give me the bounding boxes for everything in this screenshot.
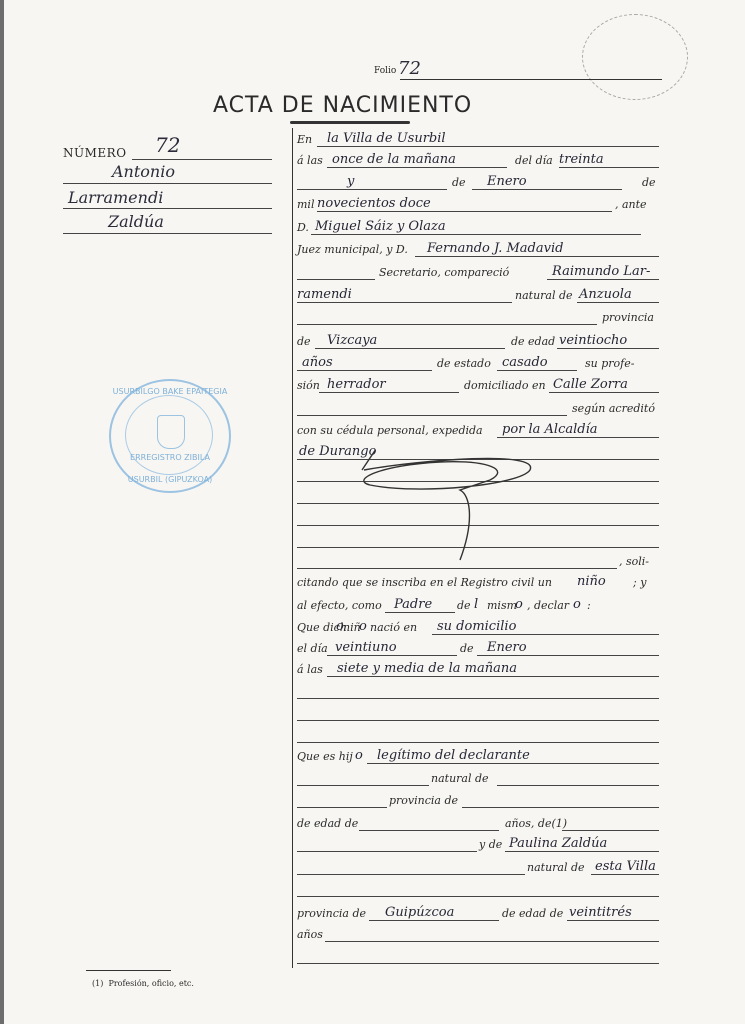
fill-line (315, 348, 505, 349)
fill-line (591, 874, 659, 875)
fill-line (359, 830, 499, 831)
handwritten-entry: herrador (327, 377, 386, 392)
fill-line (505, 851, 659, 852)
municipal-stamp: USURBILGO BAKE EPAITEGIA ERREGISTRO ZIBI… (109, 379, 231, 493)
fill-line (369, 920, 499, 921)
fill-line (327, 676, 659, 677)
record-row (297, 879, 659, 899)
fill-line (319, 392, 459, 393)
record-row (297, 703, 659, 723)
fill-line (317, 146, 659, 147)
name-line-2 (63, 208, 272, 209)
footnote: (1) Profesión, oficio, etc. (92, 979, 194, 988)
column-divider (292, 128, 293, 968)
handwritten-entry: la Villa de Usurbil (327, 131, 446, 146)
fill-line (297, 720, 659, 721)
handwritten-entry: o (515, 597, 523, 612)
printed-label: según acreditó (572, 402, 655, 415)
printed-label: provincia de (389, 794, 458, 807)
fill-line (297, 742, 659, 743)
handwritten-entry: Enero (487, 640, 527, 655)
fill-line (317, 211, 612, 212)
fill-line (297, 370, 432, 371)
fill-line (559, 167, 659, 168)
handwritten-entry: esta Villa (595, 859, 656, 874)
printed-label: Que es hij (297, 750, 353, 763)
record-row: natural de (297, 768, 659, 788)
printed-label: años, de(1) (505, 817, 567, 830)
handwritten-entry: o (355, 748, 363, 763)
handwritten-entry: Anzuola (579, 287, 632, 302)
stamp-top-text: USURBILGO BAKE EPAITEGIA (111, 387, 229, 396)
handwritten-entry: casado (502, 355, 548, 370)
handwritten-entry: legítimo del declarante (377, 748, 530, 763)
record-row: D.Miguel Sáiz y Olaza (297, 217, 659, 237)
record-row: Juez municipal, y D.Fernando J. Madavid (297, 239, 659, 259)
fill-line (297, 851, 477, 852)
fill-line (311, 234, 641, 235)
fill-line (567, 920, 659, 921)
record-row: según acreditó (297, 398, 659, 418)
record-row: con su cédula personal, expedidapor la A… (297, 420, 659, 440)
folio-value: 72 (398, 58, 421, 79)
fill-line (297, 302, 512, 303)
record-row: ydeEnerode (297, 172, 659, 192)
handwritten-entry: siete y media de la mañana (337, 661, 517, 676)
stamp-middle-text: ERREGISTRO ZIBILA (111, 453, 229, 462)
child-surname-1: Larramendi (68, 188, 163, 207)
printed-label: á las (297, 154, 323, 167)
printed-label: el día (297, 642, 328, 655)
handwritten-entry: veintitrés (569, 905, 632, 920)
printed-label: provincia de (297, 907, 366, 920)
printed-label: provincia (602, 311, 654, 324)
printed-label: del día (515, 154, 553, 167)
fill-line (577, 302, 659, 303)
record-row: natural deesta Villa (297, 857, 659, 877)
printed-label: nació en (370, 621, 417, 634)
handwritten-entry: Paulina Zaldúa (509, 836, 607, 851)
printed-label: En (297, 133, 312, 146)
child-first-name: Antonio (112, 162, 175, 181)
footnote-marker: (1) (92, 979, 103, 988)
printed-label: , ante (615, 198, 647, 211)
handwritten-entry: treinta (559, 152, 604, 167)
fill-line (562, 830, 659, 831)
printed-label: , declar (527, 599, 569, 612)
handwritten-entry: veintiuno (335, 640, 397, 655)
printed-label: á las (297, 663, 323, 676)
printed-label: de edad (511, 335, 555, 348)
printed-label: de (642, 176, 656, 189)
handwritten-entry: niño (577, 574, 606, 589)
printed-label: años (297, 928, 323, 941)
record-row: Que es hijolegítimo del declarante (297, 746, 659, 766)
printed-label: Juez municipal, y D. (297, 243, 408, 256)
printed-label: de (457, 599, 471, 612)
record-row (297, 946, 659, 966)
folio-label: Folio (374, 66, 396, 76)
numero-value: 72 (155, 133, 180, 157)
coat-of-arms-icon (157, 415, 185, 449)
record-row: años (297, 924, 659, 944)
fill-line (297, 324, 597, 325)
fill-line (297, 807, 387, 808)
printed-label: domiciliado en (464, 379, 546, 392)
record-row: á lasonce de la mañanadel díatreinta (297, 150, 659, 170)
name-line-3 (63, 233, 272, 234)
handwritten-entry: Calle Zorra (553, 377, 628, 392)
record-row: á lassiete y media de la mañana (297, 659, 659, 679)
printed-label: con su cédula personal, expedida (297, 424, 483, 437)
record-row: deVizcayade edadveintiocho (297, 331, 659, 351)
record-row: ramendinatural deAnzuola (297, 285, 659, 305)
title-underline (290, 121, 410, 124)
printed-label: de edad de (297, 817, 358, 830)
signature-flourish (360, 450, 560, 580)
fill-line (557, 348, 659, 349)
record-row: Que dichoniñonació ensu domicilio (297, 617, 659, 637)
fill-line (297, 896, 659, 897)
handwritten-entry: Enero (487, 174, 527, 189)
printed-label: ; y (633, 576, 646, 589)
record-row: siónherradordomiciliado enCalle Zorra (297, 375, 659, 395)
fill-line (297, 874, 525, 875)
record-row: de edad deaños, de(1) (297, 813, 659, 833)
fill-line (325, 941, 659, 942)
footnote-text: Profesión, oficio, etc. (108, 979, 194, 988)
record-row: provincia (297, 307, 659, 327)
printed-label: de edad de (502, 907, 563, 920)
fill-line (297, 785, 429, 786)
fill-line (547, 279, 659, 280)
scan-edge (0, 0, 4, 1024)
record-row: el díaveintiunodeEnero (297, 638, 659, 658)
record-row: milnovecientos doce, ante (297, 194, 659, 214)
fill-line (472, 189, 622, 190)
printed-label: de (460, 642, 474, 655)
fill-line (549, 392, 659, 393)
handwritten-entry: once de la mañana (332, 152, 456, 167)
fill-line (297, 279, 375, 280)
folio-line (400, 79, 662, 80)
fill-line (497, 785, 659, 786)
printed-label: de (452, 176, 466, 189)
printed-label: natural de (431, 772, 489, 785)
handwritten-entry: l (474, 597, 478, 612)
fill-line (297, 963, 659, 964)
fill-line (327, 167, 507, 168)
fill-line (327, 655, 457, 656)
fill-line (477, 655, 659, 656)
record-row: Secretario, comparecióRaimundo Lar- (297, 262, 659, 282)
handwritten-entry: Miguel Sáiz y Olaza (315, 219, 446, 234)
printed-label: , soli- (619, 555, 649, 568)
numero-label: NÚMERO (63, 146, 127, 160)
handwritten-entry: por la Alcaldía (502, 422, 598, 437)
record-row: añosde estadocasadosu profe- (297, 353, 659, 373)
fill-line (297, 415, 567, 416)
fill-line (432, 634, 659, 635)
handwritten-entry: ramendi (297, 287, 352, 302)
record-row: Enla Villa de Usurbil (297, 129, 659, 149)
handwritten-entry: Raimundo Lar- (552, 264, 650, 279)
record-row (297, 725, 659, 745)
printed-label: natural de (527, 861, 585, 874)
fill-line (497, 370, 577, 371)
handwritten-entry: novecientos doce (317, 196, 431, 211)
handwritten-entry: y (347, 174, 354, 189)
handwritten-entry: Fernando J. Madavid (427, 241, 563, 256)
fill-line (385, 612, 455, 613)
handwritten-entry: o (573, 597, 581, 612)
record-row (297, 681, 659, 701)
record-row: al efecto, comoPadredelmismo, declaro: (297, 595, 659, 615)
printed-label: de estado (437, 357, 491, 370)
fill-line (297, 698, 659, 699)
printed-label: de (297, 335, 311, 348)
printed-label: mil (297, 198, 314, 211)
printed-label: D. (297, 221, 309, 234)
printed-label: sión (297, 379, 320, 392)
fill-line (297, 189, 447, 190)
stamp-bottom-text: USURBIL (GIPUZKOA) (111, 475, 229, 484)
printed-label: : (587, 599, 591, 612)
handwritten-entry: veintiocho (559, 333, 627, 348)
printed-label: natural de (515, 289, 573, 302)
printed-label: mism (487, 599, 517, 612)
record-row: y dePaulina Zaldúa (297, 834, 659, 854)
page-title: ACTA DE NACIMIENTO (213, 93, 472, 118)
printed-label: Secretario, compareció (379, 266, 509, 279)
child-surname-2: Zaldúa (108, 212, 164, 231)
record-row: provincia deGuipúzcoade edad deveintitré… (297, 903, 659, 923)
fill-line (367, 763, 659, 764)
fill-line (497, 437, 659, 438)
handwritten-entry: Guipúzcoa (385, 905, 454, 920)
printed-label: al efecto, como (297, 599, 382, 612)
printed-label: y de (479, 838, 502, 851)
handwritten-entry: años (302, 355, 333, 370)
record-row: provincia de (297, 790, 659, 810)
printed-label: su profe- (585, 357, 634, 370)
fill-line (415, 256, 659, 257)
name-line-1 (63, 183, 272, 184)
fill-line (462, 807, 659, 808)
handwritten-entry: Vizcaya (327, 333, 377, 348)
numero-line (132, 159, 272, 160)
top-right-seal (582, 14, 688, 100)
handwritten-entry: su domicilio (437, 619, 516, 634)
footnote-rule (86, 970, 171, 971)
handwritten-entry: Padre (394, 597, 432, 612)
handwritten-entry: o (359, 619, 367, 634)
